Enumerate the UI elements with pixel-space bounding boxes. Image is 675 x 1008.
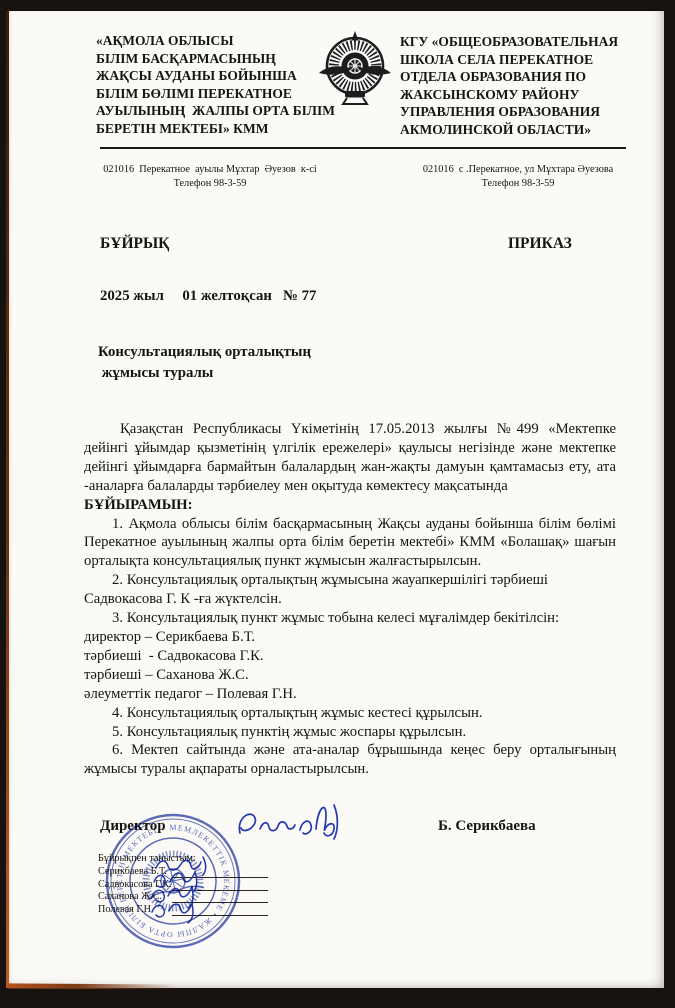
org-left-line: БІЛІМ БАСҚАРМАСЫНЫҢ [96, 50, 336, 68]
acknowledgment-row: Полевая Г.Н. [98, 903, 268, 915]
resolve-word: БҰЙЫРАМЫН: [84, 496, 616, 515]
director-name: Б. Серикбаева [438, 818, 536, 835]
org-right-line: КГУ «ОБЩЕОБРАЗОВАТЕЛЬНАЯ [400, 33, 648, 51]
address-kazakh: 021016 Перекатное ауылы Мұхтар Әуезов к-… [94, 163, 326, 190]
staff-line-teacher-1: тәрбиеші - Садвокасова Г.К. [84, 647, 616, 666]
org-name-russian: КГУ «ОБЩЕОБРАЗОВАТЕЛЬНАЯ ШКОЛА СЕЛА ПЕРЕ… [400, 33, 648, 138]
address-line: 021016 Перекатное ауылы Мұхтар Әуезов к-… [94, 163, 326, 177]
org-right-line: ОТДЕЛА ОБРАЗОВАНИЯ ПО [400, 68, 648, 86]
order-date-number: 2025 жыл 01 желтоқсан № 77 [100, 288, 316, 305]
subject-line: жұмысы туралы [98, 363, 311, 384]
acknowledgment-name: Серикбаева Б.Т. [98, 866, 172, 878]
document-page: «АҚМОЛА ОБЛЫСЫ БІЛІМ БАСҚАРМАСЫНЫҢ ЖАҚСЫ… [8, 11, 664, 988]
order-title-russian: ПРИКАЗ [508, 235, 572, 253]
signature-line [172, 880, 268, 891]
staff-line-teacher-2: тәрбиеші – Саханова Ж.С. [84, 666, 616, 685]
scan-edge-highlight [6, 11, 9, 988]
org-left-line: ЖАҚСЫ АУДАНЫ БОЙЫНША [96, 67, 336, 85]
phone-line: Телефон 98-3-59 [410, 177, 626, 191]
order-title-kazakh: БҰЙРЫҚ [100, 235, 169, 253]
org-name-kazakh: «АҚМОЛА ОБЛЫСЫ БІЛІМ БАСҚАРМАСЫНЫҢ ЖАҚСЫ… [96, 32, 336, 137]
scan-edge-highlight-bottom [8, 983, 178, 989]
staff-line-social-pedagogue: әлеуметтік педагог – Полевая Г.Н. [84, 685, 616, 704]
org-right-line: АКМОЛИНСКОЙ ОБЛАСТИ» [400, 121, 648, 139]
kazakhstan-coat-of-arms-icon [317, 28, 393, 108]
org-left-line: «АҚМОЛА ОБЛЫСЫ [96, 32, 336, 50]
order-item-1: 1. Ақмола облысы білім басқармасының Жақ… [84, 515, 616, 572]
order-item-6: 6. Мектеп сайтында және ата-аналар бұрыш… [84, 741, 616, 779]
signature-line [172, 867, 268, 878]
acknowledgment-row: Серикбаева Б.Т. [98, 866, 268, 878]
org-left-line: БЕРЕТІН МЕКТЕБІ» КММ [96, 120, 336, 138]
director-role-label: Директор [100, 818, 166, 834]
org-right-line: ШКОЛА СЕЛА ПЕРЕКАТНОЕ [400, 51, 648, 69]
order-item-4: 4. Консультациялық орталықтың жұмыс кест… [84, 704, 616, 723]
order-item-3: 3. Консультациялық пункт жұмыс тобына ке… [84, 609, 616, 628]
address-line: 021016 с .Перекатное, ул Мұхтара Әуезова [410, 163, 626, 177]
signature-line [172, 892, 268, 903]
director-signature-row: Директор Б. Серикбаева [100, 818, 616, 835]
acknowledgment-name: Саханова Ж.С. [98, 891, 172, 903]
org-right-line: УПРАВЛЕНИЯ ОБРАЗОВАНИЯ [400, 103, 648, 121]
order-item-5: 5. Консультациялық пунктің жұмыс жоспары… [84, 723, 616, 742]
acknowledgment-block: Бұйрықпен таныстым: Серикбаева Б.Т. Садв… [98, 853, 268, 916]
acknowledgment-name: Полевая Г.Н. [98, 904, 172, 916]
acknowledgment-name: Садвокасова Г.К. [98, 879, 172, 891]
signature-line [172, 905, 268, 916]
org-left-line: БІЛІМ БӨЛІМІ ПЕРЕКАТНОЕ [96, 85, 336, 103]
order-subject: Консультациялық орталықтың жұмысы туралы [98, 342, 311, 384]
acknowledgment-title: Бұйрықпен таныстым: [98, 853, 268, 865]
phone-line: Телефон 98-3-59 [94, 177, 326, 191]
preamble-paragraph: Қазақстан Республикасы Үкіметінің 17.05.… [84, 420, 616, 496]
acknowledgment-row: Саханова Ж.С. [98, 891, 268, 903]
subject-line: Консультациялық орталықтың [98, 342, 311, 363]
acknowledgment-row: Садвокасова Г.К. [98, 878, 268, 890]
org-left-line: АУЫЛЫНЫҢ ЖАЛПЫ ОРТА БІЛІМ [96, 102, 336, 120]
order-body: Қазақстан Республикасы Үкіметінің 17.05.… [84, 420, 616, 779]
scanned-order-document: «АҚМОЛА ОБЛЫСЫ БІЛІМ БАСҚАРМАСЫНЫҢ ЖАҚСЫ… [0, 0, 675, 1008]
staff-line-director: директор – Серикбаева Б.Т. [84, 628, 616, 647]
address-russian: 021016 с .Перекатное, ул Мұхтара Әуезова… [410, 163, 626, 190]
order-item-2: 2. Консультациялық орталықтың жұмысына ж… [84, 571, 616, 609]
header-divider-line [100, 147, 626, 149]
org-right-line: ЖАКСЫНСКОМУ РАЙОНУ [400, 86, 648, 104]
